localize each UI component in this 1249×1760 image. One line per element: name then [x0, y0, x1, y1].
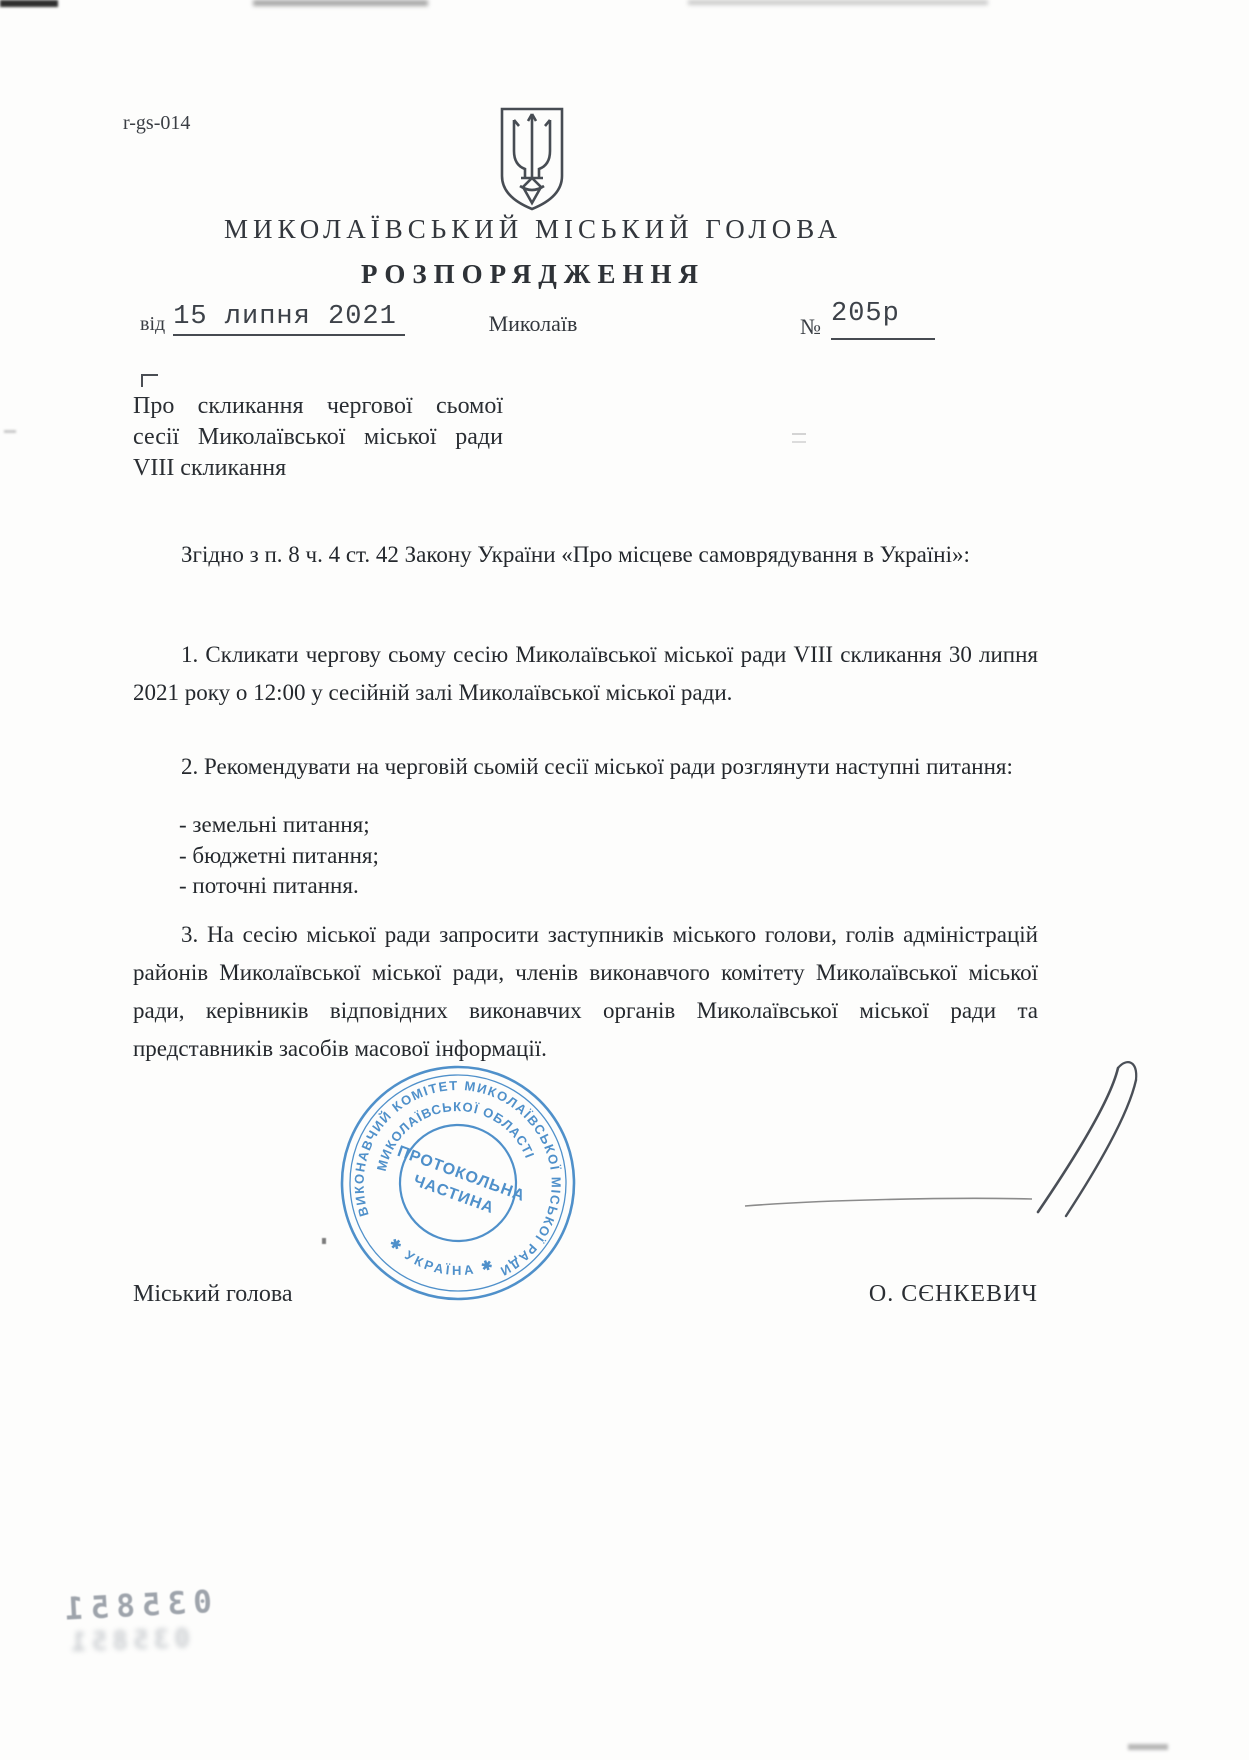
- bleed-through-number: 035851: [57, 1584, 213, 1628]
- document-type-title: РОЗПОРЯДЖЕННЯ: [133, 259, 933, 290]
- scan-artifact-top-left: [0, 0, 58, 7]
- agenda-sublist-item-current: - поточні питання.: [179, 871, 779, 902]
- agenda-sublist: - земельні питання; - бюджетні питання; …: [179, 810, 779, 902]
- scan-speck-right: [792, 433, 806, 443]
- number-line: №205р: [800, 300, 935, 340]
- form-code: r-gs-014: [123, 112, 190, 135]
- ukraine-trident-emblem-icon: [497, 106, 567, 212]
- subject-block: Про скликання чергової сьомої сесії Мико…: [133, 391, 503, 484]
- scan-artifact-top-mid: [253, 0, 428, 6]
- organization-title: МИКОЛАЇВСЬКИЙ МІСЬКИЙ ГОЛОВА: [133, 214, 933, 245]
- signer-position: Міський голова: [133, 1281, 293, 1308]
- official-round-stamp: ВИКОНАВЧИЙ КОМІТЕТ МИКОЛАЇВСЬКОЇ МІСЬКОЇ…: [323, 1048, 593, 1318]
- paragraph-item-1: 1. Скликати чергову сьому сесію Миколаїв…: [133, 636, 1038, 712]
- paragraph-legal-basis: Згідно з п. 8 ч. 4 ст. 42 Закону України…: [133, 536, 1038, 574]
- agenda-sublist-item-budget: - бюджетні питання;: [179, 841, 779, 872]
- bleed-through-number-smudge: 035851: [66, 1624, 191, 1658]
- handwritten-signature-strokes: [700, 1040, 1180, 1240]
- number-underline: 205р: [831, 300, 935, 340]
- number-value: 205р: [831, 299, 900, 329]
- paragraph-item-2: 2. Рекомендувати на черговій сьомій сесі…: [133, 748, 1038, 786]
- scan-artifact-top-right: [688, 0, 988, 5]
- signer-name: О. СЄНКЕВИЧ: [869, 1281, 1038, 1308]
- corner-bracket-mark: [141, 374, 158, 387]
- number-label: №: [800, 314, 821, 339]
- agenda-sublist-item-land: - земельні питання;: [179, 810, 779, 841]
- scan-speck-bottom-right: [1128, 1744, 1168, 1750]
- scan-speck-left: [4, 430, 16, 433]
- scanned-document-page: r-gs-014 МИКОЛАЇВСЬКИЙ МІСЬКИЙ ГОЛОВА РО…: [0, 0, 1249, 1760]
